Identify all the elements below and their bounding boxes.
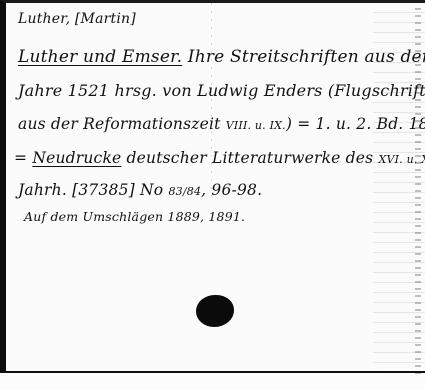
catalog-card: Luther, [Martin] Luther und Emser. Ihre … <box>0 0 425 373</box>
centuries: XVI. u. XVII. <box>378 153 425 166</box>
series-numbers-line: Jahrh. [37385] No 83/84, 96-98. <box>18 181 262 199</box>
series-subtitle: deutscher Litteraturwerke des <box>121 149 378 167</box>
title-line-2: Jahre 1521 hrsg. von Ludwig Enders (Flug… <box>18 81 425 100</box>
author-heading: Luther, [Martin] <box>18 11 136 27</box>
series-name: Neudrucke <box>32 149 121 167</box>
title-line-3: aus der Reformationszeit VIII. u. IX.) =… <box>18 115 425 133</box>
number-fraction: 83/84 <box>168 185 201 198</box>
series-text: aus der Reformationszeit <box>18 115 226 133</box>
series-volumes: VIII. u. IX. <box>226 119 286 132</box>
title-underlined: Luther und Emser. <box>18 47 182 67</box>
series-line: = Neudrucke deutscher Litteraturwerke de… <box>14 149 425 167</box>
number-label: No <box>140 181 168 199</box>
cover-note: Auf dem Umschlägen 1889, 1891. <box>24 209 245 224</box>
volume-years: ) = 1. u. 2. Bd. 1890 u. 1892 <box>286 115 425 133</box>
call-number: Jahrh. [37385] <box>18 181 140 199</box>
punch-hole <box>196 295 234 327</box>
number-range: , 96-98. <box>201 181 262 199</box>
scan-guide-line <box>211 3 212 203</box>
title-line-1: Luther und Emser. Ihre Streitschriften a… <box>18 47 425 67</box>
title-rest: Ihre Streitschriften aus dem <box>182 47 425 67</box>
equals-sign: = <box>14 149 32 167</box>
